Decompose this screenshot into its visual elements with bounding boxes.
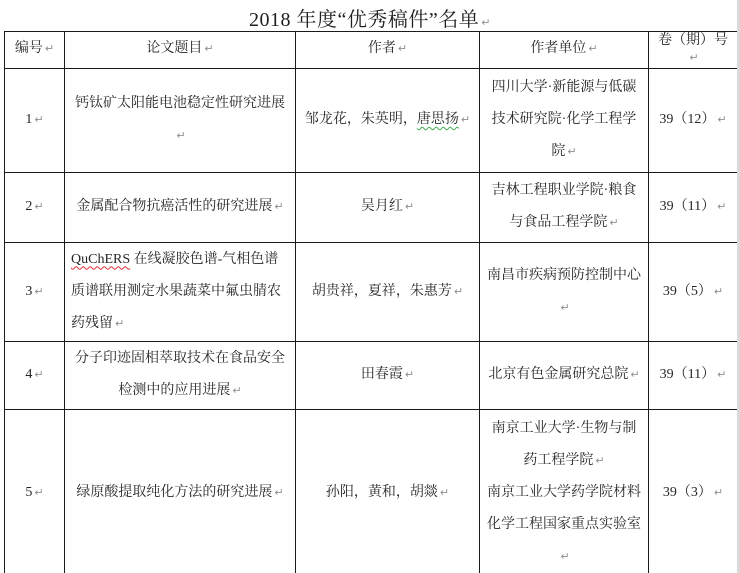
cell-paragraph: 39（12）↵ <box>655 104 731 136</box>
cell-paper-title: 绿原酸提取纯化方法的研究进展↵ <box>65 409 296 573</box>
paragraph-mark-icon: ↵ <box>717 200 726 213</box>
spellcheck-underlined-text: QuChERS <box>71 252 130 267</box>
table-row: 2↵金属配合物抗癌活性的研究进展↵吴月红↵吉林工程职业学院·粮食与食品工程学院↵… <box>5 172 738 242</box>
text-segment: 1 <box>25 112 32 127</box>
cell-no: 5↵ <box>5 409 65 573</box>
text-segment: 金属配合物抗癌活性的研究进展 <box>76 199 272 214</box>
table-row: 4↵分子印迹固相萃取技术在食品安全检测中的应用进展↵田春霞↵北京有色金属研究总院… <box>5 341 738 409</box>
header-label: 论文题目 <box>146 41 202 56</box>
paragraph-mark-icon: ↵ <box>232 384 241 397</box>
cell-paragraph: 吴月红↵ <box>302 191 473 223</box>
text-segment: 39（11） <box>660 199 715 214</box>
paragraph-mark-icon: ↵ <box>717 113 726 126</box>
paragraph-mark-icon: ↵ <box>204 42 213 55</box>
cell-paragraph: 1↵ <box>11 104 58 136</box>
cell-paragraph: 孙阳，黄和，胡燚↵ <box>302 477 473 509</box>
header-label: 编号 <box>15 41 43 56</box>
paragraph-mark-icon: ↵ <box>45 42 54 55</box>
text-segment: 39（11） <box>660 367 715 382</box>
cell-paragraph: 钙钛矿太阳能电池稳定性研究进展↵ <box>71 88 289 152</box>
manuscript-table: 编号↵ 论文题目↵ 作者↵ 作者单位↵ 卷（期）号↵ 1↵钙钛矿太阳能电池稳定性… <box>4 31 738 573</box>
header-volume-issue: 卷（期）号↵ <box>649 32 738 69</box>
paragraph-mark-icon: ↵ <box>717 368 726 381</box>
cell-paragraph: 3↵ <box>11 276 58 308</box>
text-segment: 南昌市疾病预防控制中心 <box>487 268 641 283</box>
paragraph-mark-icon: ↵ <box>34 200 43 213</box>
cell-paragraph: 2↵ <box>11 191 58 223</box>
paragraph-mark-icon: ↵ <box>560 301 569 314</box>
text-segment: 邹龙花，朱英明， <box>305 112 417 127</box>
header-no: 编号↵ <box>5 32 65 69</box>
cell-affiliation: 吉林工程职业学院·粮食与食品工程学院↵ <box>480 172 649 242</box>
cell-paragraph: 田春霞↵ <box>302 359 473 391</box>
paragraph-mark-icon: ↵ <box>34 486 43 499</box>
paragraph-mark-icon: ↵ <box>34 113 43 126</box>
cell-affiliation: 北京有色金属研究总院↵ <box>480 341 649 409</box>
cell-paragraph: 北京有色金属研究总院↵ <box>486 359 642 391</box>
paragraph-mark-icon: ↵ <box>588 42 597 55</box>
table-body: 1↵钙钛矿太阳能电池稳定性研究进展↵邹龙花，朱英明，唐思扬↵四川大学·新能源与低… <box>5 68 738 573</box>
cell-paragraph: 分子印迹固相萃取技术在食品安全检测中的应用进展↵ <box>71 343 289 407</box>
paragraph-mark-icon: ↵ <box>440 486 449 499</box>
cell-paragraph: 南昌市疾病预防控制中心↵ <box>486 260 642 324</box>
table-row: 5↵绿原酸提取纯化方法的研究进展↵孙阳，黄和，胡燚↵南京工业大学·生物与制药工程… <box>5 409 738 573</box>
paragraph-mark-icon: ↵ <box>714 285 723 298</box>
table-row: 3↵QuChERS 在线凝胶色谱-气相色谱质谱联用测定水果蔬菜中氟虫腈农药残留↵… <box>5 242 738 341</box>
cell-paragraph: 绿原酸提取纯化方法的研究进展↵ <box>71 477 289 509</box>
cell-authors: 孙阳，黄和，胡燚↵ <box>296 409 480 573</box>
header-affiliation: 作者单位↵ <box>480 32 649 69</box>
cell-paragraph: 39（11）↵ <box>655 191 731 223</box>
cell-volume-issue: 39（12）↵ <box>649 68 738 172</box>
text-segment: 4 <box>25 367 32 382</box>
header-row: 编号↵ 论文题目↵ 作者↵ 作者单位↵ 卷（期）号↵ <box>5 32 738 69</box>
text-segment: 39（12） <box>659 112 715 127</box>
text-segment: 3 <box>25 284 32 299</box>
text-segment: 分子印迹固相萃取技术在食品安全检测中的应用进展 <box>75 351 285 398</box>
text-segment: 孙阳，黄和，胡燚 <box>326 485 438 500</box>
cell-paragraph: 39（11）↵ <box>655 359 731 391</box>
paragraph-mark-icon: ↵ <box>714 486 723 499</box>
page-title-text: 2018 年度“优秀稿件”名单 <box>249 9 479 31</box>
paragraph-mark-icon: ↵ <box>176 129 185 142</box>
cell-paragraph: 邹龙花，朱英明，唐思扬↵ <box>302 104 473 136</box>
cell-affiliation: 南昌市疾病预防控制中心↵ <box>480 242 649 341</box>
header-label: 作者单位 <box>530 41 586 56</box>
text-segment: 吴月红 <box>361 199 403 214</box>
document-page: 2018 年度“优秀稿件”名单↵ 编号↵ 论文题目↵ 作者↵ 作者单位↵ 卷（期… <box>0 0 740 573</box>
cell-paragraph: 四川大学·新能源与低碳技术研究院·化学工程学院↵ <box>486 72 642 168</box>
table-row: 1↵钙钛矿太阳能电池稳定性研究进展↵邹龙花，朱英明，唐思扬↵四川大学·新能源与低… <box>5 68 738 172</box>
text-segment: 钙钛矿太阳能电池稳定性研究进展 <box>75 96 285 111</box>
text-segment: 南京工业大学·生物与制药工程学院 <box>492 421 637 468</box>
cell-volume-issue: 39（11）↵ <box>649 341 738 409</box>
paragraph-mark-icon: ↵ <box>115 317 124 330</box>
cell-authors: 邹龙花，朱英明，唐思扬↵ <box>296 68 480 172</box>
paragraph-mark-icon: ↵ <box>274 200 283 213</box>
grammar-underlined-text: 唐思扬 <box>417 112 459 127</box>
cell-paper-title: QuChERS 在线凝胶色谱-气相色谱质谱联用测定水果蔬菜中氟虫腈农药残留↵ <box>65 242 296 341</box>
cell-paragraph: 4↵ <box>11 359 58 391</box>
paragraph-mark-icon: ↵ <box>274 486 283 499</box>
paragraph-mark-icon: ↵ <box>689 51 698 64</box>
cell-no: 3↵ <box>5 242 65 341</box>
header-label: 作者 <box>368 41 396 56</box>
paragraph-mark-icon: ↵ <box>461 113 470 126</box>
paragraph-mark-icon: ↵ <box>609 216 618 229</box>
paragraph-mark-icon: ↵ <box>398 42 407 55</box>
page-title: 2018 年度“优秀稿件”名单↵ <box>0 0 740 31</box>
paragraph-mark-icon: ↵ <box>405 200 414 213</box>
paragraph-mark-icon: ↵ <box>560 550 569 563</box>
cell-paragraph: 39（5）↵ <box>655 276 731 308</box>
cell-paragraph: 金属配合物抗癌活性的研究进展↵ <box>71 191 289 223</box>
cell-paragraph: 南京工业大学药学院材料化学工程国家重点实验室↵ <box>486 477 642 573</box>
text-segment: 胡贵祥，夏祥，朱惠芳 <box>312 284 452 299</box>
cell-paper-title: 钙钛矿太阳能电池稳定性研究进展↵ <box>65 68 296 172</box>
cell-volume-issue: 39（3）↵ <box>649 409 738 573</box>
text-segment: 39（3） <box>663 485 712 500</box>
paragraph-mark-icon: ↵ <box>34 368 43 381</box>
cell-paper-title: 分子印迹固相萃取技术在食品安全检测中的应用进展↵ <box>65 341 296 409</box>
cell-authors: 吴月红↵ <box>296 172 480 242</box>
paragraph-mark-icon: ↵ <box>34 285 43 298</box>
cell-volume-issue: 39（11）↵ <box>649 172 738 242</box>
header-paper-title: 论文题目↵ <box>65 32 296 69</box>
paragraph-mark-icon: ↵ <box>630 368 639 381</box>
cell-paragraph: 胡贵祥，夏祥，朱惠芳↵ <box>302 276 473 308</box>
text-segment: 田春霞 <box>361 367 403 382</box>
text-segment: 南京工业大学药学院材料化学工程国家重点实验室 <box>487 485 641 532</box>
cell-no: 2↵ <box>5 172 65 242</box>
cell-authors: 胡贵祥，夏祥，朱惠芳↵ <box>296 242 480 341</box>
text-segment: 39（5） <box>663 284 712 299</box>
paragraph-mark-icon: ↵ <box>595 454 604 467</box>
text-segment: 绿原酸提取纯化方法的研究进展 <box>76 485 272 500</box>
paragraph-mark-icon: ↵ <box>567 145 576 158</box>
header-authors: 作者↵ <box>296 32 480 69</box>
text-segment: 北京有色金属研究总院 <box>488 367 628 382</box>
cell-no: 4↵ <box>5 341 65 409</box>
paragraph-mark-icon: ↵ <box>481 16 491 29</box>
text-segment: 四川大学·新能源与低碳技术研究院·化学工程学院 <box>492 80 637 159</box>
cell-authors: 田春霞↵ <box>296 341 480 409</box>
cell-paragraph: QuChERS 在线凝胶色谱-气相色谱质谱联用测定水果蔬菜中氟虫腈农药残留↵ <box>71 244 289 340</box>
cell-paragraph: 吉林工程职业学院·粮食与食品工程学院↵ <box>486 175 642 239</box>
cell-affiliation: 南京工业大学·生物与制药工程学院↵南京工业大学药学院材料化学工程国家重点实验室↵ <box>480 409 649 573</box>
paragraph-mark-icon: ↵ <box>405 368 414 381</box>
cell-paragraph: 39（3）↵ <box>655 477 731 509</box>
cell-volume-issue: 39（5）↵ <box>649 242 738 341</box>
text-segment: 5 <box>25 485 32 500</box>
cell-paragraph: 5↵ <box>11 477 58 509</box>
paragraph-mark-icon: ↵ <box>454 285 463 298</box>
cell-paragraph: 南京工业大学·生物与制药工程学院↵ <box>486 413 642 477</box>
cell-affiliation: 四川大学·新能源与低碳技术研究院·化学工程学院↵ <box>480 68 649 172</box>
text-segment: 2 <box>25 199 32 214</box>
header-label: 卷（期）号 <box>658 33 728 48</box>
cell-no: 1↵ <box>5 68 65 172</box>
cell-paper-title: 金属配合物抗癌活性的研究进展↵ <box>65 172 296 242</box>
